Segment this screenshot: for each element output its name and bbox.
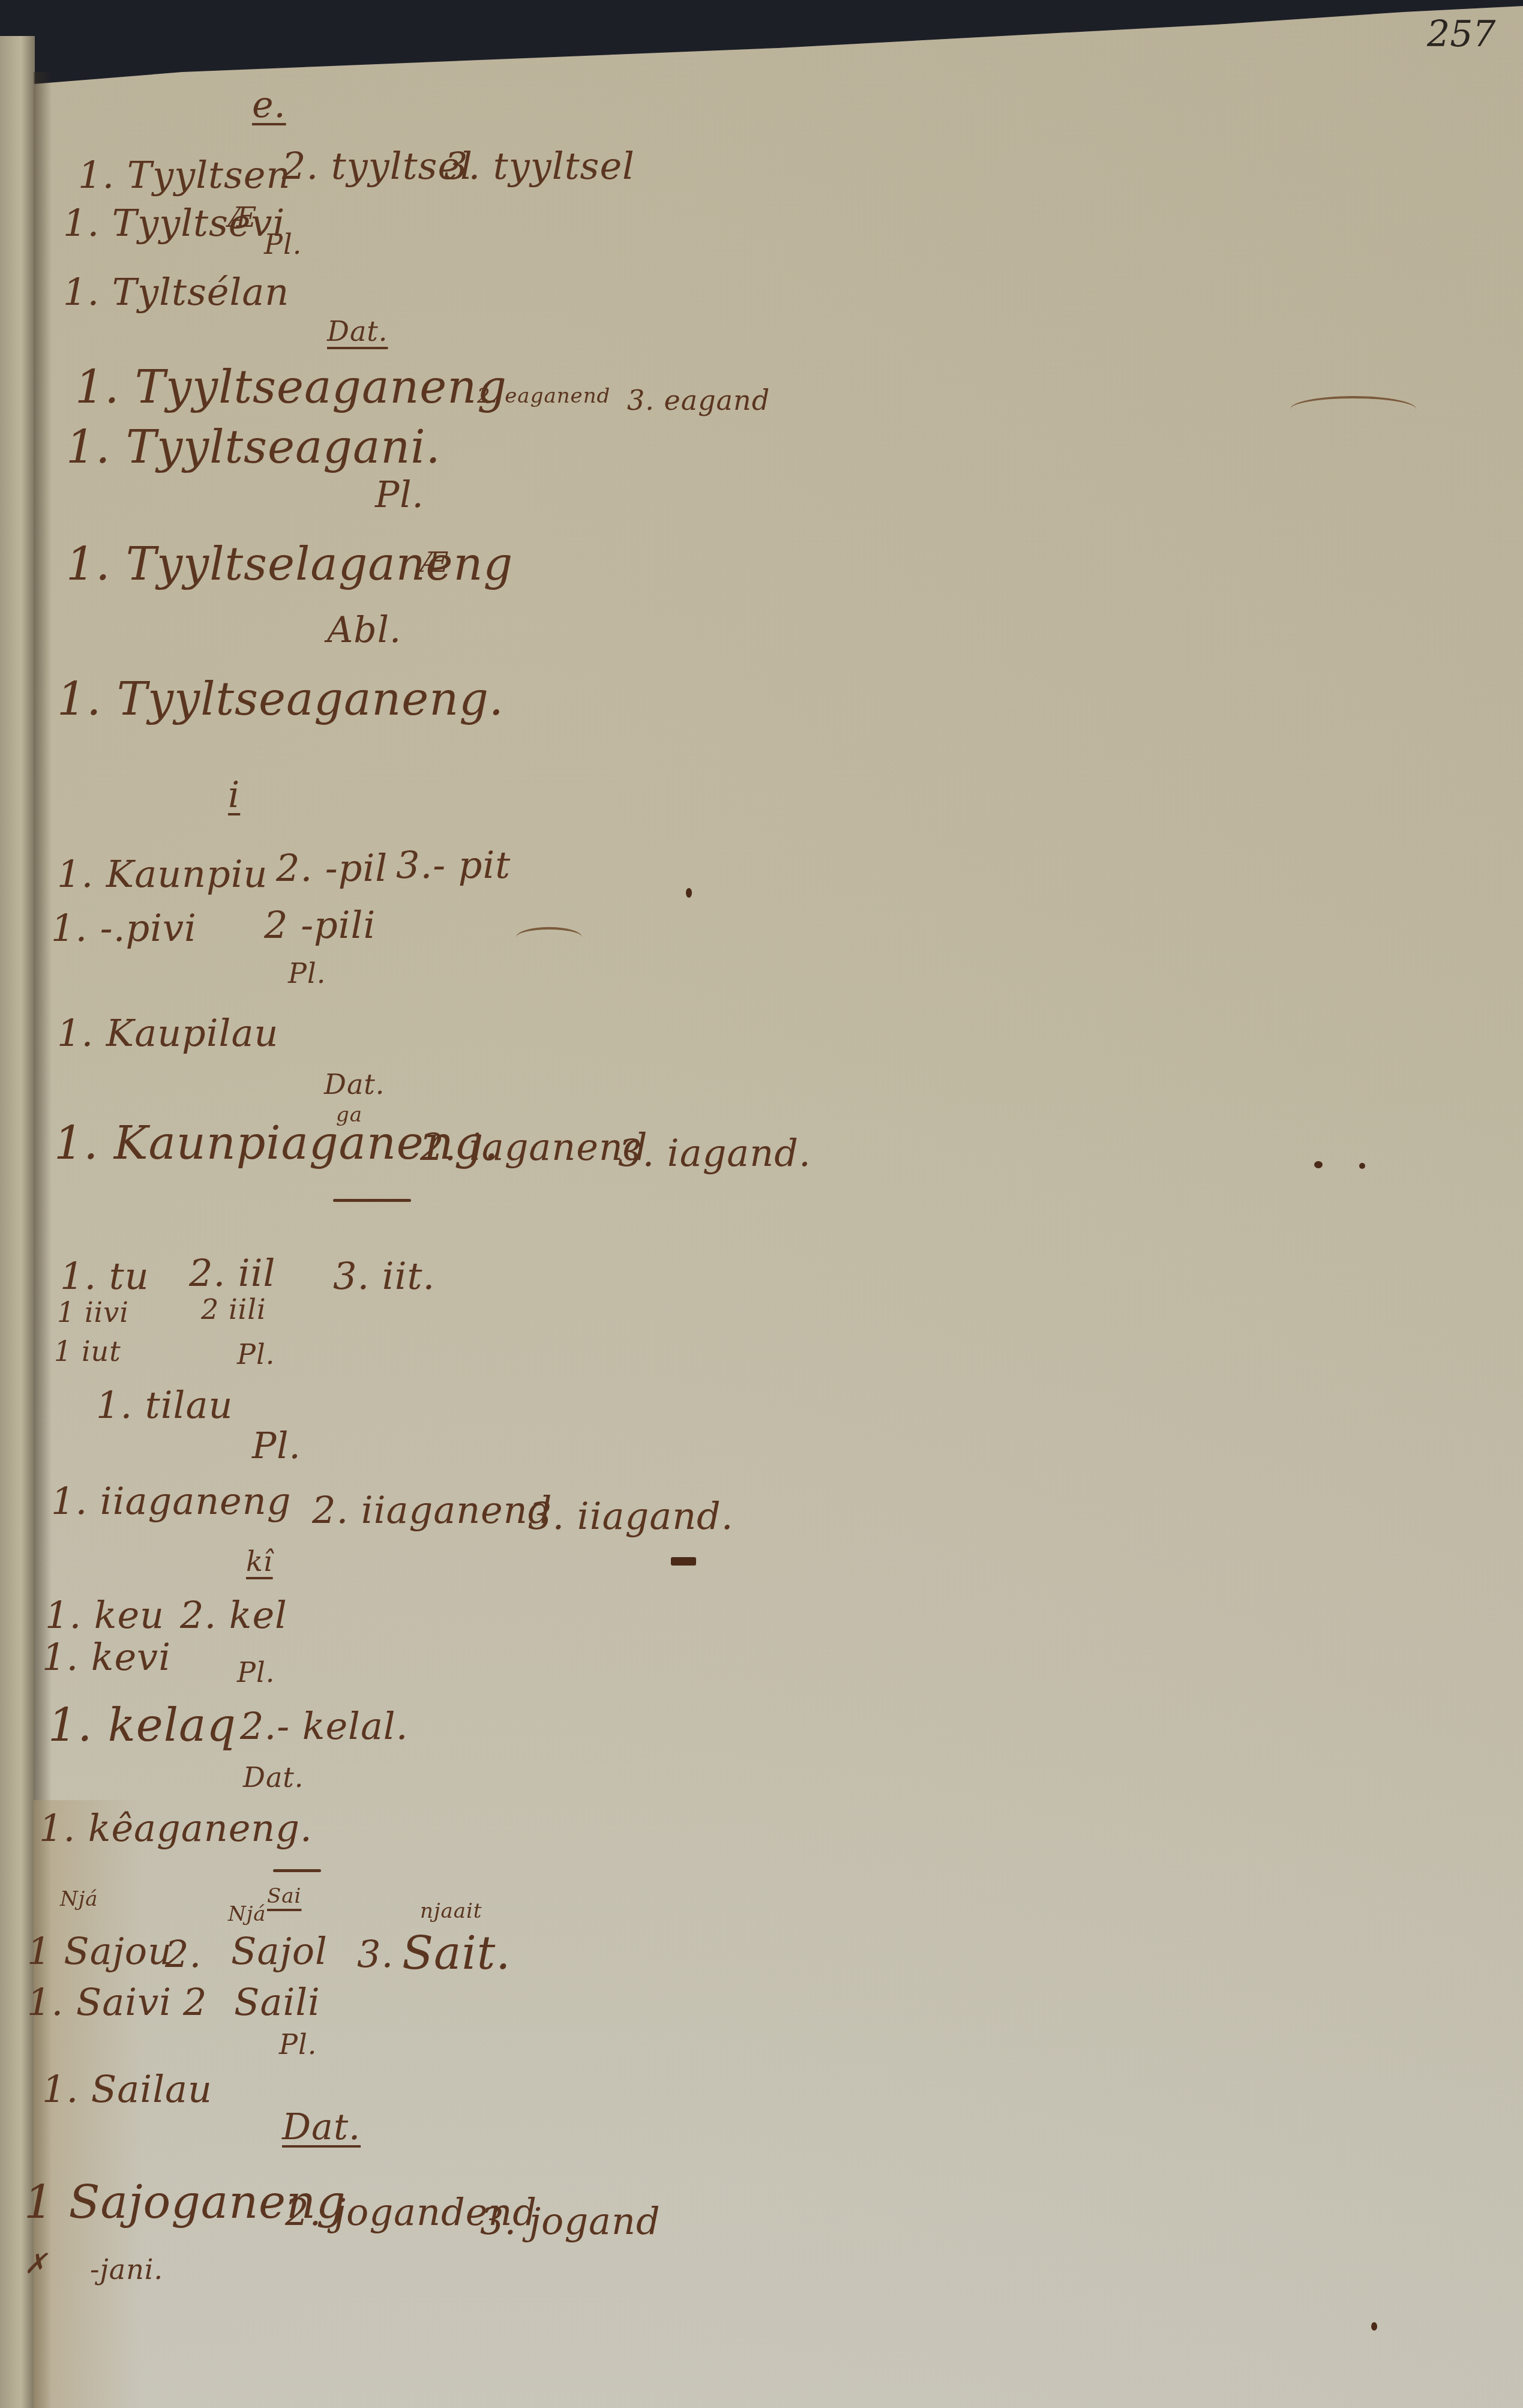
sajou-row1-2: Sajol xyxy=(231,1929,328,1973)
i-dat-label: Dat. xyxy=(324,1068,385,1100)
sajou-dat-row2: -jani. xyxy=(90,2253,163,2286)
sajou-row2-2: Saili xyxy=(234,1980,320,2024)
u-pl2-1: 1. iiaganeng xyxy=(51,1479,291,1523)
e-dat-2: 2. eaganend xyxy=(477,384,610,408)
section-heading-e: e. xyxy=(252,84,286,126)
sajou-row1-2-num: 2. xyxy=(165,1932,202,1976)
sajou-pl-label: Pl. xyxy=(279,2028,317,2061)
u-pl2-label: Pl. xyxy=(252,1425,301,1467)
e-abl-label: Abl. xyxy=(327,609,401,651)
sajou-row1-3: Sait. xyxy=(402,1926,511,1980)
i-pl-label: Pl. xyxy=(288,957,326,989)
e-sg-row2-mark: Æ xyxy=(228,201,256,233)
ki-row2: 1. kevi xyxy=(42,1635,171,1679)
section-divider xyxy=(333,1199,411,1202)
paper-fiber-mark xyxy=(1290,396,1416,422)
u-pl-label: Pl. xyxy=(237,1338,275,1371)
ki-row1-1: 1. keu xyxy=(45,1593,164,1637)
paper-speck xyxy=(1359,1163,1365,1169)
stray-stroke xyxy=(516,927,582,947)
i-pl-row: 1. Kaupilau xyxy=(57,1011,278,1055)
sajou-dat-row2-mark: ✗ xyxy=(24,2247,48,2280)
i-dat-2: 2. iaganend xyxy=(420,1125,648,1169)
ink-blot xyxy=(686,888,692,898)
section-heading-i: i xyxy=(228,774,240,816)
section-heading-ki: kî xyxy=(246,1545,273,1578)
page-number: 257 xyxy=(1427,13,1496,55)
e-nom-3: 3. tyyltsel xyxy=(444,144,635,188)
i-row2-1: 1. -.pivi xyxy=(51,906,197,950)
sajou-insert-1: Njá xyxy=(60,1887,98,1911)
i-dat-3: 3. iagand. xyxy=(618,1131,811,1175)
sajou-row2-1: 1. Saivi xyxy=(27,1980,172,2024)
i-row2-2: 2 -pili xyxy=(264,903,376,947)
e-dat-pl-label: Pl. xyxy=(375,474,424,516)
e-pl-row: 1. Tyltsélan xyxy=(63,270,289,314)
u-row1-3: 3. iit. xyxy=(333,1254,435,1298)
sajou-row1-3-num: 3. xyxy=(357,1932,394,1976)
u-row1-1: 1. tu xyxy=(60,1254,149,1298)
section-divider-2 xyxy=(273,1869,321,1872)
ink-smudge xyxy=(671,1557,696,1566)
u-row2-2: 2 iili xyxy=(201,1293,266,1326)
ki-row1-2: 2. kel xyxy=(180,1593,287,1637)
i-row1-3: 3.- pit xyxy=(396,843,511,887)
paper-speck xyxy=(1314,1161,1323,1168)
e-pl-label: Pl. xyxy=(264,228,302,260)
e-dat-row2: 1. Tyyltseagani. xyxy=(66,420,441,473)
sajou-insert-4: njaait xyxy=(420,1899,482,1923)
u-pl2-3: 3. iiagand. xyxy=(528,1494,733,1538)
u-row3: 1 iut xyxy=(54,1335,121,1368)
sajou-row2-2-num: 2 xyxy=(183,1980,207,2024)
ki-pl-1: 1. kelaq xyxy=(48,1698,236,1752)
sajou-row1-1: 1 Sajou xyxy=(27,1929,172,1973)
u-pl-row: 1. tilau xyxy=(96,1383,233,1427)
ki-dat-label: Dat. xyxy=(243,1761,304,1794)
e-dat-1: 1. Tyyltseaganeng xyxy=(75,360,507,413)
u-row1-2: 2. iil xyxy=(189,1251,275,1295)
u-row2-1: 1 iivi xyxy=(57,1296,129,1329)
sajou-insert-2: Njá xyxy=(228,1902,266,1926)
ki-pl-2: 2.- kelal. xyxy=(240,1704,408,1748)
sajou-pl-row: 1. Sailau xyxy=(42,2067,212,2111)
left-page-edge xyxy=(0,36,35,2408)
e-dat-3: 3. eagand xyxy=(627,384,770,416)
ki-pl-label: Pl. xyxy=(237,1656,275,1689)
u-pl2-2: 2. iiaganend xyxy=(312,1488,552,1532)
e-abl-row: 1. Tyyltseaganeng. xyxy=(57,672,504,725)
e-nom-1: 1. Tyyltsen xyxy=(78,153,290,197)
ki-dat-row: 1. kêaganeng. xyxy=(39,1806,313,1850)
sajou-dat-label: Dat. xyxy=(282,2106,361,2148)
sajou-dat-3: 3. jogand xyxy=(480,2199,661,2243)
i-row1-2: 2. -pil xyxy=(276,846,388,890)
e-dat-label: Dat. xyxy=(327,315,388,347)
paper-speck xyxy=(1371,2322,1377,2331)
sajou-insert-3: Sai xyxy=(267,1884,301,1908)
e-dat-pl-mark: Æ xyxy=(420,546,448,578)
i-row1-1: 1. Kaunpiu xyxy=(57,852,268,896)
